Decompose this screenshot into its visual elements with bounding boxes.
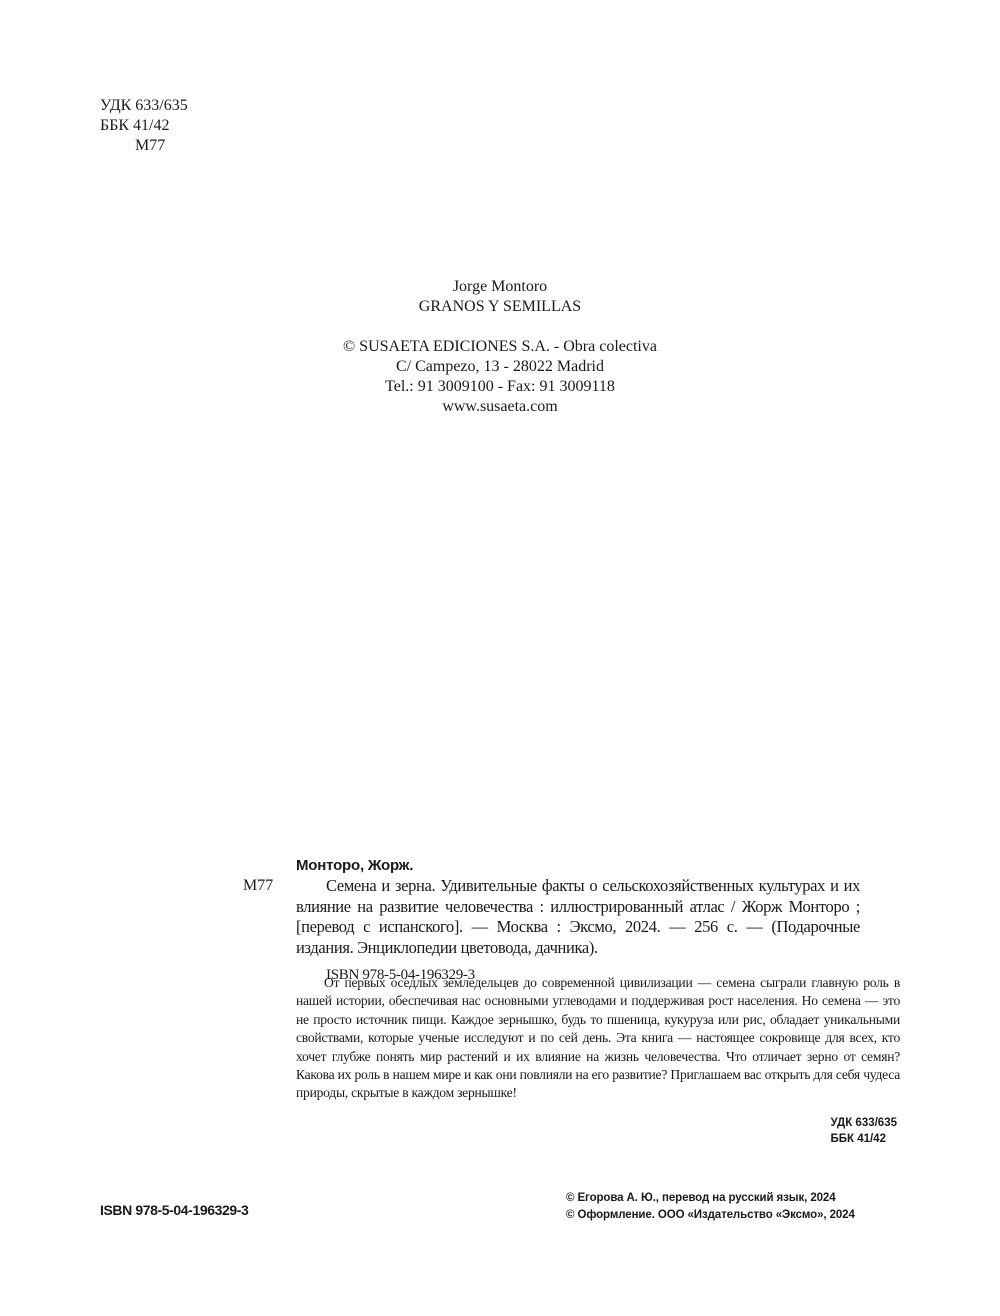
udk-code: УДК 633/635 — [830, 1115, 897, 1131]
original-title: GRANOS Y SEMILLAS — [0, 297, 1000, 317]
publisher-address: C/ Campezo, 13 - 28022 Madrid — [0, 357, 1000, 377]
classification-codes-bottom: УДК 633/635 ББК 41/42 — [830, 1115, 897, 1147]
copyright-design: © Оформление. ООО «Издательство «Эксмо»,… — [566, 1207, 855, 1224]
spacer — [0, 317, 1000, 337]
copyright-translation: © Егорова А. Ю., перевод на русский язык… — [566, 1190, 855, 1207]
publisher-phone-fax: Tel.: 91 3009100 - Fax: 91 3009118 — [0, 377, 1000, 397]
footer-isbn: ISBN 978-5-04-196329-3 — [100, 1200, 248, 1220]
author-mark: М77 — [100, 136, 188, 156]
original-copyright: © SUSAETA EDICIONES S.A. - Obra colectiv… — [0, 337, 1000, 357]
original-edition-block: Jorge Montoro GRANOS Y SEMILLAS © SUSAET… — [0, 277, 1000, 417]
original-author: Jorge Montoro — [0, 277, 1000, 297]
annotation-text: От первых оседлых земледельцев до соврем… — [296, 974, 900, 1103]
classification-codes-top: УДК 633/635 ББК 41/42 М77 — [100, 96, 188, 156]
bibliographic-description: Семена и зерна. Удивительные факты о сел… — [296, 876, 860, 958]
bibliographic-author-mark: М77 — [243, 876, 273, 896]
bbk-code: ББК 41/42 — [830, 1131, 897, 1147]
publisher-website: www.susaeta.com — [0, 397, 1000, 417]
footer-copyrights: © Егорова А. Ю., перевод на русский язык… — [566, 1190, 855, 1224]
bibliographic-author-heading: Монторо, Жорж. — [296, 856, 413, 876]
udk-code: УДК 633/635 — [100, 96, 188, 116]
bbk-code: ББК 41/42 — [100, 116, 188, 136]
